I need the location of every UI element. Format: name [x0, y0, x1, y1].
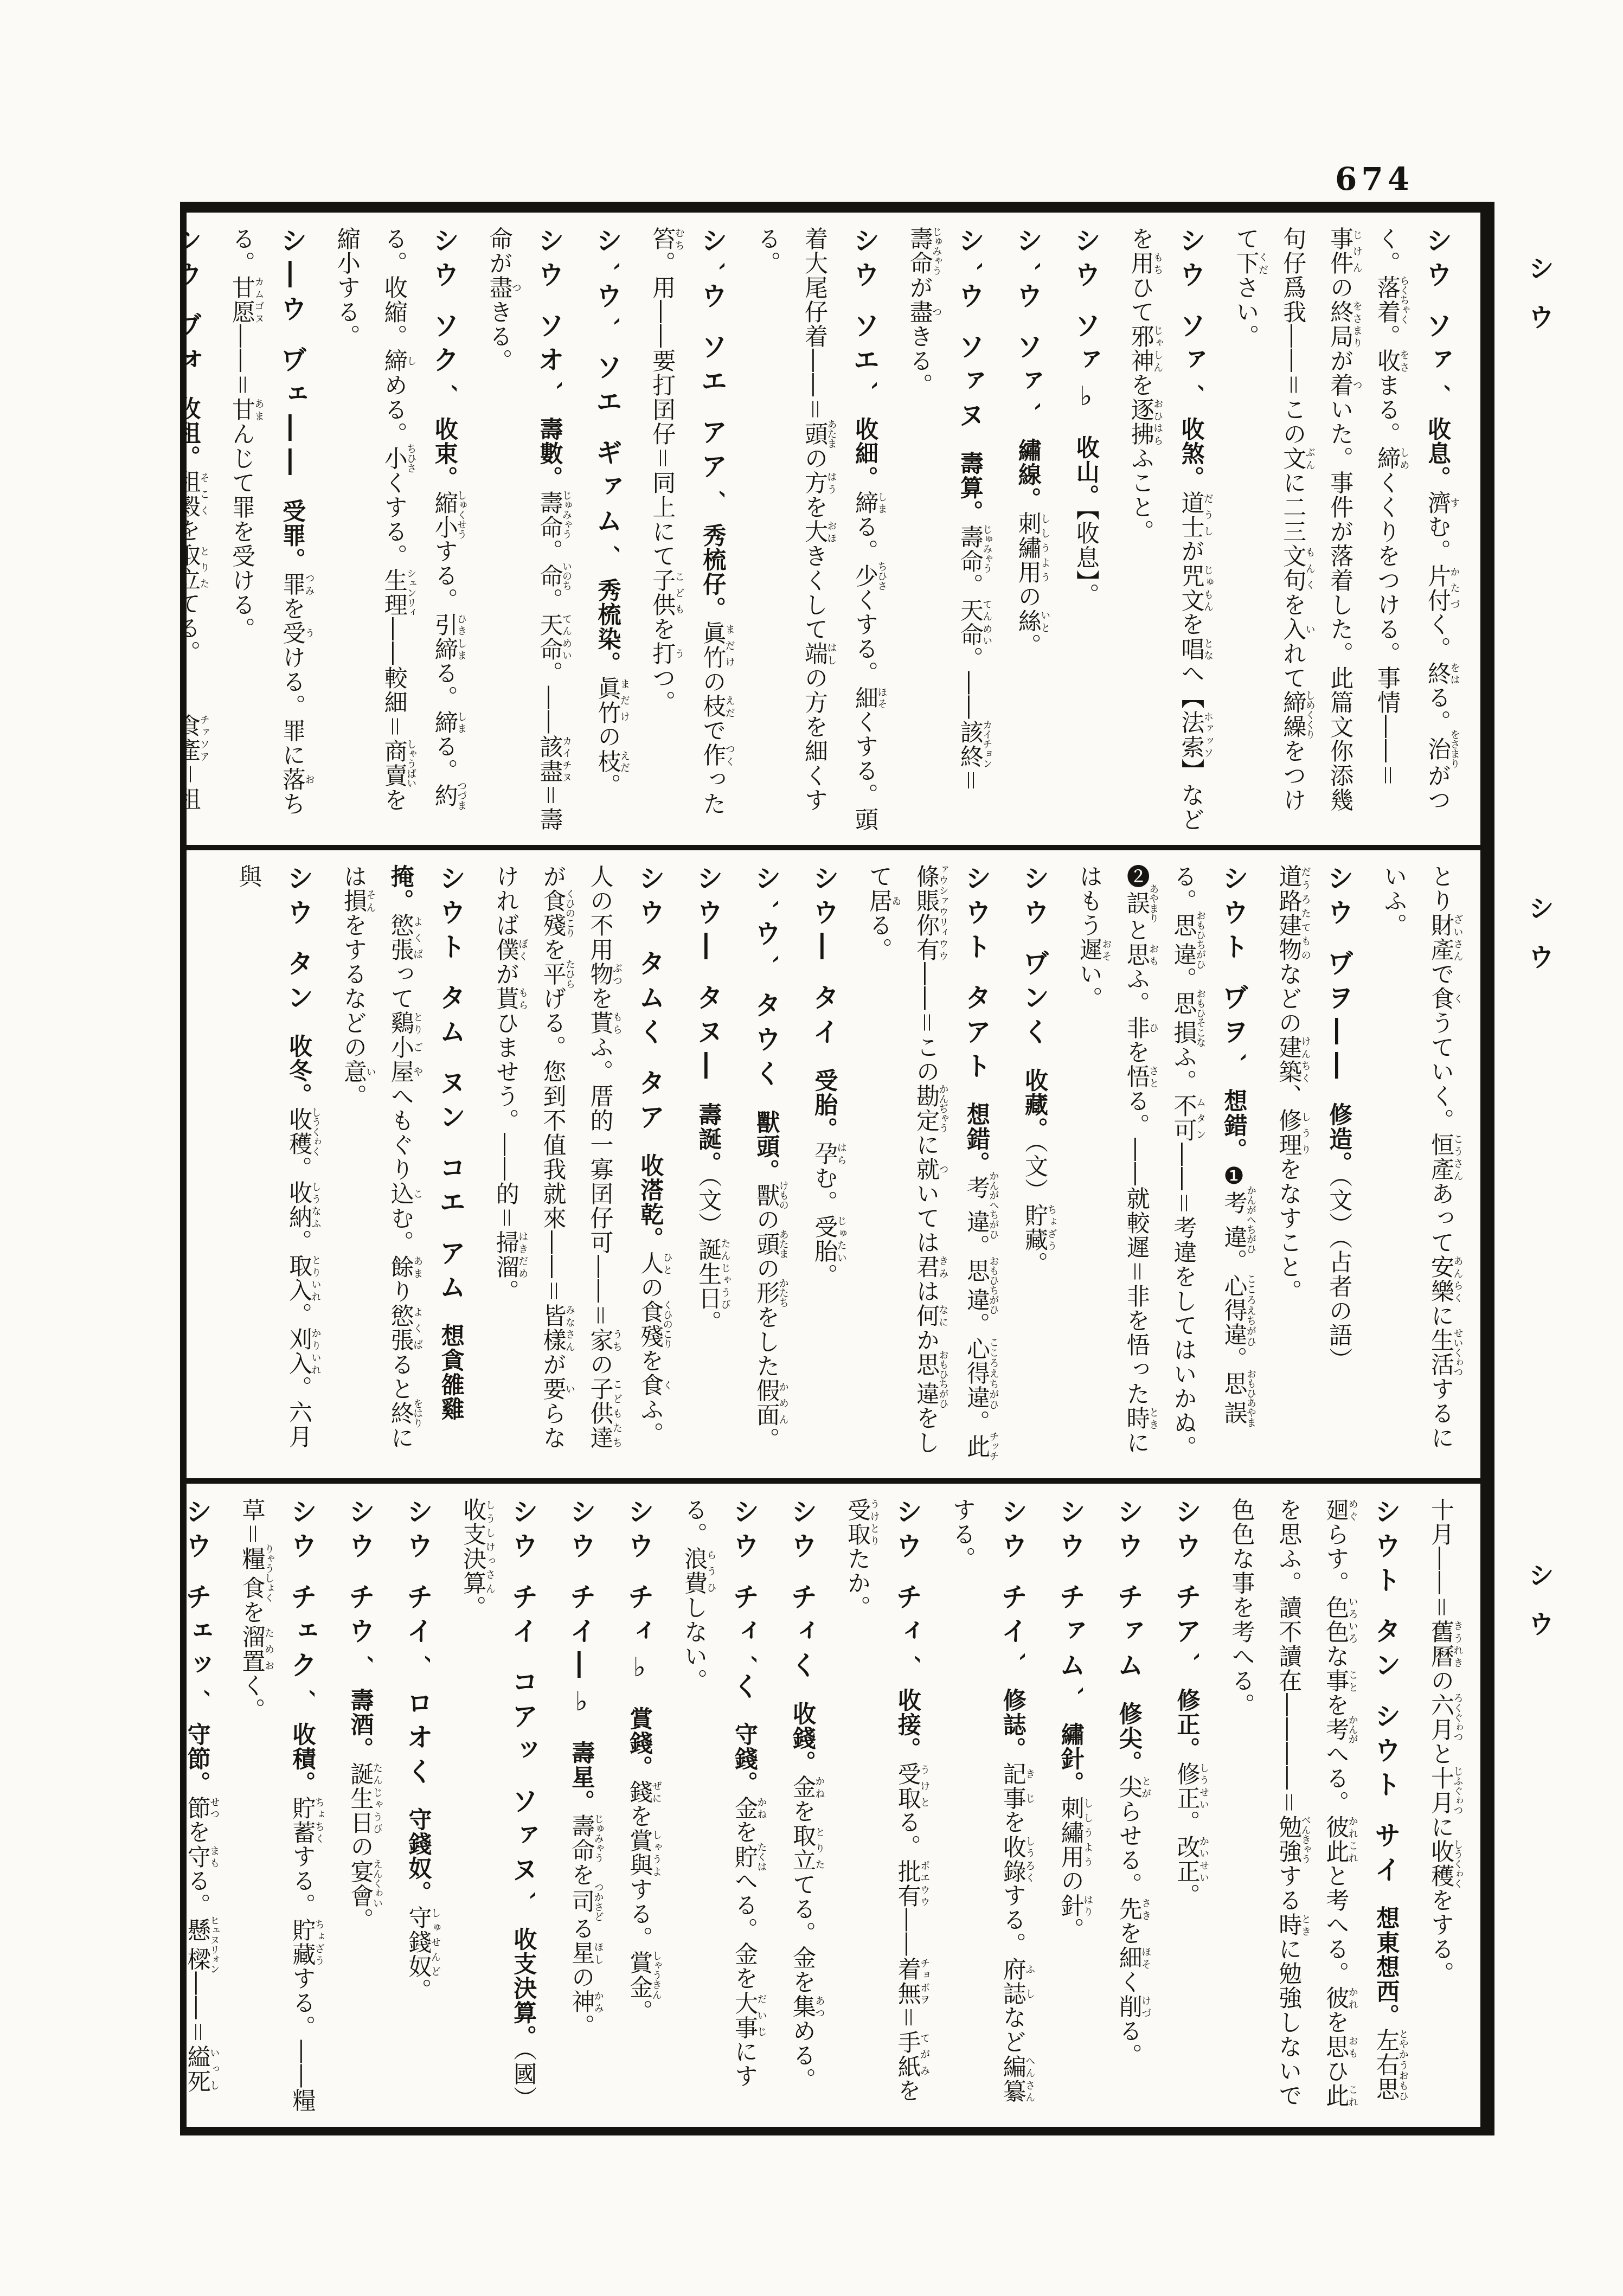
entry-headword: シウ チィ´く: [729, 1498, 762, 1723]
entry-lemma: 收束。: [431, 418, 458, 491]
band-middle: とり財產ざいさんで食くうていく。恒產こうさんあって安樂あんらくに生活せいくゎつす…: [187, 850, 1480, 1484]
entry-lemma: 壽數。: [536, 418, 563, 491]
entry-headword: シウ ソァ´: [1422, 227, 1455, 418]
dictionary-entry: シウ ヷヲ――修造。（文）（占者の語）道路建物だうろたてものなどの建築けんちく、…: [1265, 864, 1365, 1466]
entry-lemma: 收冬。: [285, 1034, 312, 1107]
dictionary-entry: シウ ソエ`收細。締しまる。少ちひさくする。細ほそくする。頭着大尾仔着――＝頭あ…: [743, 227, 891, 833]
entry-headword: シウ ヷヲ――: [1323, 864, 1357, 1102]
dictionary-entry: シウト タム ヌン コエ アム想貪雒雞掩。慾張よくばって鷄とり小屋ごやへもぐり込…: [330, 864, 478, 1466]
dictionary-entry: シウ ヷンく收藏。（文）貯藏ちょざう。: [1008, 864, 1061, 1466]
dictionary-entry: シ`ウ ソァヌ壽算。壽命じゅみゃう。天命てんめい。――該終カイチョン＝壽命じゅみ…: [896, 227, 997, 833]
entry-lemma: 收接。: [894, 1689, 921, 1762]
dictionary-entry: シウ ソァ♭收山。【收息】。: [1059, 227, 1113, 833]
entry-lemma: 收租。: [187, 396, 201, 470]
entry-headword: シ`ウ ソァ`: [1012, 227, 1046, 438]
entry-headword: シウ チィく: [787, 1498, 820, 1702]
entry-definition: 慾張よくばって鷄とり小屋ごやへもぐり込こむ。餘あまり慾張よくばると終をはりには損…: [340, 864, 414, 1450]
entry-headword: シウ ソァ♭: [1070, 227, 1104, 435]
entry-headword: シウト タン シウト サイ: [1370, 1498, 1404, 1906]
dictionary-entry: シウ チィ♭賞錢。錢ぜにを賞與しゃうよする。賞金しゃうきん。: [612, 1498, 666, 2115]
entry-headword: シウ ソエ`: [849, 227, 883, 418]
entry-headword: シ`ウ` ソエ ギァム´: [592, 227, 625, 579]
dictionary-entry: シ`ウ` ソエ ギァム´秀梳染。眞竹まだけの枝えだ。: [581, 227, 634, 833]
entry-lemma: 繡針。: [1057, 1723, 1085, 1796]
entry-headword: シウ タムく タア: [634, 864, 668, 1153]
entry-lemma: 繡線。: [1015, 438, 1042, 511]
entry-definition: （文）貯藏ちょざう。: [1021, 1141, 1048, 1277]
dictionary-entry: シウ タムく タア收溚乾。人ひとの食殘くひのこりを食くふ。人の不用物ぶつを貰もら…: [482, 864, 677, 1466]
entry-definition: 【收息】。: [1073, 509, 1100, 607]
entry-headword: シウ チイ コアッ ソァヌ`: [508, 1498, 541, 1927]
dictionary-entry: シウ ソァ´收息。濟すむ。片付かたづく。終をはる。治をさまりがつく。落着らくちゃ…: [1222, 227, 1464, 833]
entry-lemma: 守節。: [187, 1723, 211, 1796]
entry-lemma: 收煞。: [1178, 418, 1205, 491]
entry-headword: シウ チイ`: [997, 1498, 1031, 1689]
band-bottom: 十月――＝舊曆きうれきの六月ろくぐゎつと十月じふぐゎつに收穫しうくゎくをする。シ…: [187, 1484, 1480, 2127]
page-border-frame: シウ ソァ´收息。濟すむ。片付かたづく。終をはる。治をさまりがつく。落着らくちゃ…: [180, 202, 1494, 2135]
entry-lemma: 修尖。: [1115, 1702, 1143, 1775]
entry-headword: シウ チァム: [1113, 1498, 1147, 1702]
dictionary-entry: シウ チイ コアッ ソァヌ`收支決算。（國）收支決算しうしけっさん。: [449, 1498, 550, 2115]
entry-lemma: 想錯。: [1220, 1089, 1247, 1163]
entry-headword: シウ チィ♭: [624, 1498, 657, 1707]
dictionary-entry: シウ チィ´收接。受取うけとる。批有ポエウウ――着無チョボヲ＝手紙てがみを受取う…: [833, 1498, 934, 2115]
entry-lemma: 秀梳仔。: [699, 523, 726, 621]
entry-lemma: 壽誕。: [695, 1102, 722, 1176]
entry-definition: 錢ぜにを賞與しゃうよする。賞金しゃうきん。: [626, 1780, 653, 2024]
dictionary-entry: シウト タン シウト サイ想東想西。左右思廻とやかうおもひめぐらす。色色いろいろ…: [1218, 1498, 1413, 2115]
dictionary-entry: シウ ソク´收束。縮小しゅくせうする。引締ひきしまる。締しまる。約つづまる。收縮…: [323, 227, 471, 833]
entry-lemma: 收山。: [1073, 435, 1100, 509]
dictionary-entry: シウ チェク´收積。貯蓄ちょちくする。貯藏ちょざうする。――糧草＝糧食りゃうしょ…: [228, 1498, 329, 2115]
entry-lemma: 壽星。: [568, 1741, 595, 1814]
dictionary-entry: シウ チィく收錢。金かねを取立とりたてる。金を集あつめる。: [775, 1498, 829, 2115]
entry-headword: シウ チァム`: [1055, 1498, 1089, 1723]
entry-lemma: 收支決算。: [510, 1927, 537, 2049]
entry-headword: シウ チィ´: [892, 1498, 926, 1689]
entry-continuation: 十月――＝舊曆きうれきの六月ろくぐゎつと十月じふぐゎつに收穫しうくゎくをする。: [1417, 1498, 1464, 2115]
entry-lemma: 收積。: [289, 1723, 316, 1796]
entry-headword: シウ― タイ: [809, 864, 842, 1068]
entry-continuation: とり財產ざいさんで食くうていく。恒產こうさんあって安樂あんらくに生活せいくゎつす…: [1370, 864, 1464, 1466]
entry-definition: 誕生日たんじゃうびの宴會えんくゎい。: [347, 1762, 374, 1933]
dictionary-entry: シウト ヷヲ`想錯。❶考違かんがへちがひ。心得違こころえちがひ。思誤おもひあやま…: [1066, 864, 1261, 1466]
entry-definition: （文）誕生日たんじゃうび。: [695, 1176, 722, 1335]
dictionary-entry: シウ ヷォ收租。租穀そこくを取立とりたてる。――食產チァソア＝租穀を: [187, 227, 214, 833]
entry-headword: シウ チェク´: [287, 1498, 320, 1723]
entry-definition: 守錢奴しゅせんど。: [405, 1906, 432, 2003]
entry-lemma: 受胎。: [811, 1068, 838, 1141]
entry-lemma: 賞錢。: [626, 1707, 653, 1780]
entry-headword: シ`ウ` タウく: [750, 864, 784, 1110]
entry-headword: シウ チイ´ ロオく: [402, 1498, 436, 1808]
entry-headword: シウ チェッ´: [187, 1498, 215, 1723]
entry-lemma: 想錯。: [963, 1102, 990, 1176]
entry-headword: シウト ヷヲ`: [1218, 864, 1252, 1089]
band-top: シウ ソァ´收息。濟すむ。片付かたづく。終をはる。治をさまりがつく。落着らくちゃ…: [187, 213, 1480, 850]
entry-lemma: 想東想西。: [1372, 1906, 1400, 2028]
entry-lemma: 修正。: [1173, 1689, 1201, 1762]
entry-headword: シ`ウ ソエ アア´: [697, 227, 730, 523]
entry-headword: シウ ソオ`: [534, 227, 568, 418]
entry-headword: シウ ヷンく: [1019, 864, 1053, 1068]
entry-headword: シウ ソァ´: [1176, 227, 1209, 418]
dictionary-entry: シウ ソァ´收煞。道士だうしが咒文じゅもんを唱となへ【法索ホァッソ】などを用もち…: [1117, 227, 1218, 833]
entry-headword: シウ タン: [283, 864, 317, 1034]
margin-kana-tab: シウ: [1521, 255, 1558, 352]
entry-lemma: 秀梳染。: [594, 579, 621, 676]
dictionary-entry: シウ タン收冬。收穫しうくゎく。收納しうなふ。取入とりいれ。刈入かりいれ。六月與: [224, 864, 325, 1466]
entry-headword: シ`ウ ソァヌ: [954, 227, 988, 452]
entry-definition: 眞竹まだけの枝えだ。: [594, 676, 621, 798]
entry-lemma: 守錢奴。: [405, 1808, 432, 1906]
entry-definition: 十月――＝舊曆きうれきの六月ろくぐゎつと十月じふぐゎつに收穫しうくゎくをする。: [1427, 1498, 1454, 1986]
dictionary-entry: シウ チイ―♭壽星。壽命じゅみゃうを司つかさどる星ほしの神かみ。: [554, 1498, 608, 2115]
entry-lemma: 收溚乾。: [637, 1153, 664, 1251]
entry-definition: 金かねを取立とりたてる。金を集あつめる。: [789, 1775, 816, 2092]
entry-lemma: 獸頭。: [753, 1110, 780, 1183]
entry-headword: シウ チア`: [1171, 1498, 1205, 1689]
entry-lemma: 收息。: [1424, 418, 1451, 491]
entry-lemma: 受罪。: [279, 499, 306, 572]
entry-headword: シウト タム ヌン コエ アム: [435, 864, 469, 1324]
dictionary-entry: シウ チイ`修誌。記事きじを收錄しうろくする。府誌ふしなど編纂へんさんする。: [939, 1498, 1040, 2115]
dictionary-entry: シウ チァム`繡針。刺繡用ししうようの針はり。: [1044, 1498, 1098, 2115]
page-number: 674: [1335, 161, 1414, 197]
dictionary-entry: シウ チァム修尖。尖とがらせる。先さきを細ほそく削けづる。: [1102, 1498, 1156, 2115]
margin-kana-tab: シウ: [1521, 895, 1558, 992]
entry-headword: シウ ヷォ: [187, 227, 205, 396]
entry-definition: 壽命じゅみゃうを司つかさどる星ほしの神かみ。: [568, 1814, 595, 2038]
entry-lemma: 收細。: [851, 418, 878, 491]
dictionary-page-scan: { "page": { "number": "674", "margin_lab…: [0, 0, 1623, 2296]
entry-definition: 獸けものの頭あたまの形かたちをした假面かめん。: [753, 1183, 780, 1452]
dictionary-entry: シ`ウ ソァ`繡線。刺繡用ししうようの絲いと。: [1001, 227, 1055, 833]
dictionary-entry: シウト タアト想錯。考違かんがへちがひ。思違おもひちがひ。心得違こころえちがひ。…: [855, 864, 1003, 1466]
dictionary-entry: シ`ウ ソエ アア´秀梳仔。眞竹まだけの枝えだで作つくった笞むち。用――要打囝仔…: [638, 227, 739, 833]
entry-headword: シウ ソク´: [429, 227, 463, 418]
entry-definition: 修正しうせい。改正かいせい。: [1173, 1762, 1201, 1908]
dictionary-entry: シウ チア`修正。修正しうせい。改正かいせい。: [1160, 1498, 1214, 2115]
entry-definition: 刺繡用ししうようの針はり。: [1057, 1796, 1085, 1942]
dictionary-entry: シウ チィ´く守錢。金かねを貯たくはへる。金を大事だいじにする。浪費らうひしない…: [670, 1498, 771, 2115]
entry-headword: シウト タアト: [961, 864, 995, 1102]
dictionary-entry: シウ チウ´壽酒。誕生日たんじゃうびの宴會えんくゎい。: [333, 1498, 387, 2115]
entry-definition: 濟すむ。片付かたづく。終をはる。治をさまりがつく。落着らくちゃく。收をさまる。締…: [1232, 227, 1451, 813]
dictionary-entry: シ`ウ` タウく獸頭。獸けものの頭あたまの形かたちをした假面かめん。: [739, 864, 793, 1466]
entry-definition: 刺繡用ししうようの絲いと。: [1015, 511, 1042, 658]
entry-headword: シ―ウ ヷェ――: [277, 227, 310, 499]
margin-kana-tab: シウ: [1521, 1562, 1558, 1659]
entry-lemma: 修誌。: [999, 1689, 1027, 1762]
entry-lemma: 壽酒。: [347, 1689, 374, 1762]
entry-definition: 孕はらむ。受胎じゅたい。: [811, 1141, 838, 1288]
entry-lemma: 收藏。: [1021, 1068, 1048, 1141]
dictionary-entry: シウ ソオ`壽數。壽命じゅみゃう。命いのち。天命てんめい。――該盡カイチヌ＝壽命…: [476, 227, 576, 833]
entry-definition: とり財產ざいさんで食くうていく。恒產こうさんあって安樂あんらくに生活せいくゎつす…: [1380, 864, 1454, 1450]
entry-lemma: 壽算。: [957, 452, 984, 525]
entry-headword: シウ チウ´: [345, 1498, 379, 1689]
entry-headword: シウ― タヌ―: [692, 864, 726, 1102]
dictionary-entry: シウ チイ´ ロオく守錢奴。守錢奴しゅせんど。: [392, 1498, 445, 2115]
dictionary-entry: シウ チェッ´守節。節せつを守まもる。懸樑ヒェヌリォン――＝縊死いっしして節操せ…: [187, 1498, 224, 2115]
entry-lemma: 修造。: [1325, 1102, 1352, 1176]
dictionary-entry: シウ― タイ受胎。孕はらむ。受胎じゅたい。: [797, 864, 851, 1466]
entry-headword: シウ チイ―♭: [566, 1498, 599, 1741]
entry-lemma: 收錢。: [789, 1702, 816, 1775]
entry-lemma: 守錢。: [731, 1723, 758, 1796]
dictionary-entry: シ―ウ ヷェ――受罪。罪つみを受うける。罪に落おちる。甘愿カムゴヌ――＝甘あまん…: [218, 227, 319, 833]
entry-definition: 尖とがらせる。先さきを細ほそく削けづる。: [1115, 1775, 1143, 2068]
dictionary-entry: シウ― タヌ―壽誕。（文）誕生日たんじゃうび。: [681, 864, 735, 1466]
